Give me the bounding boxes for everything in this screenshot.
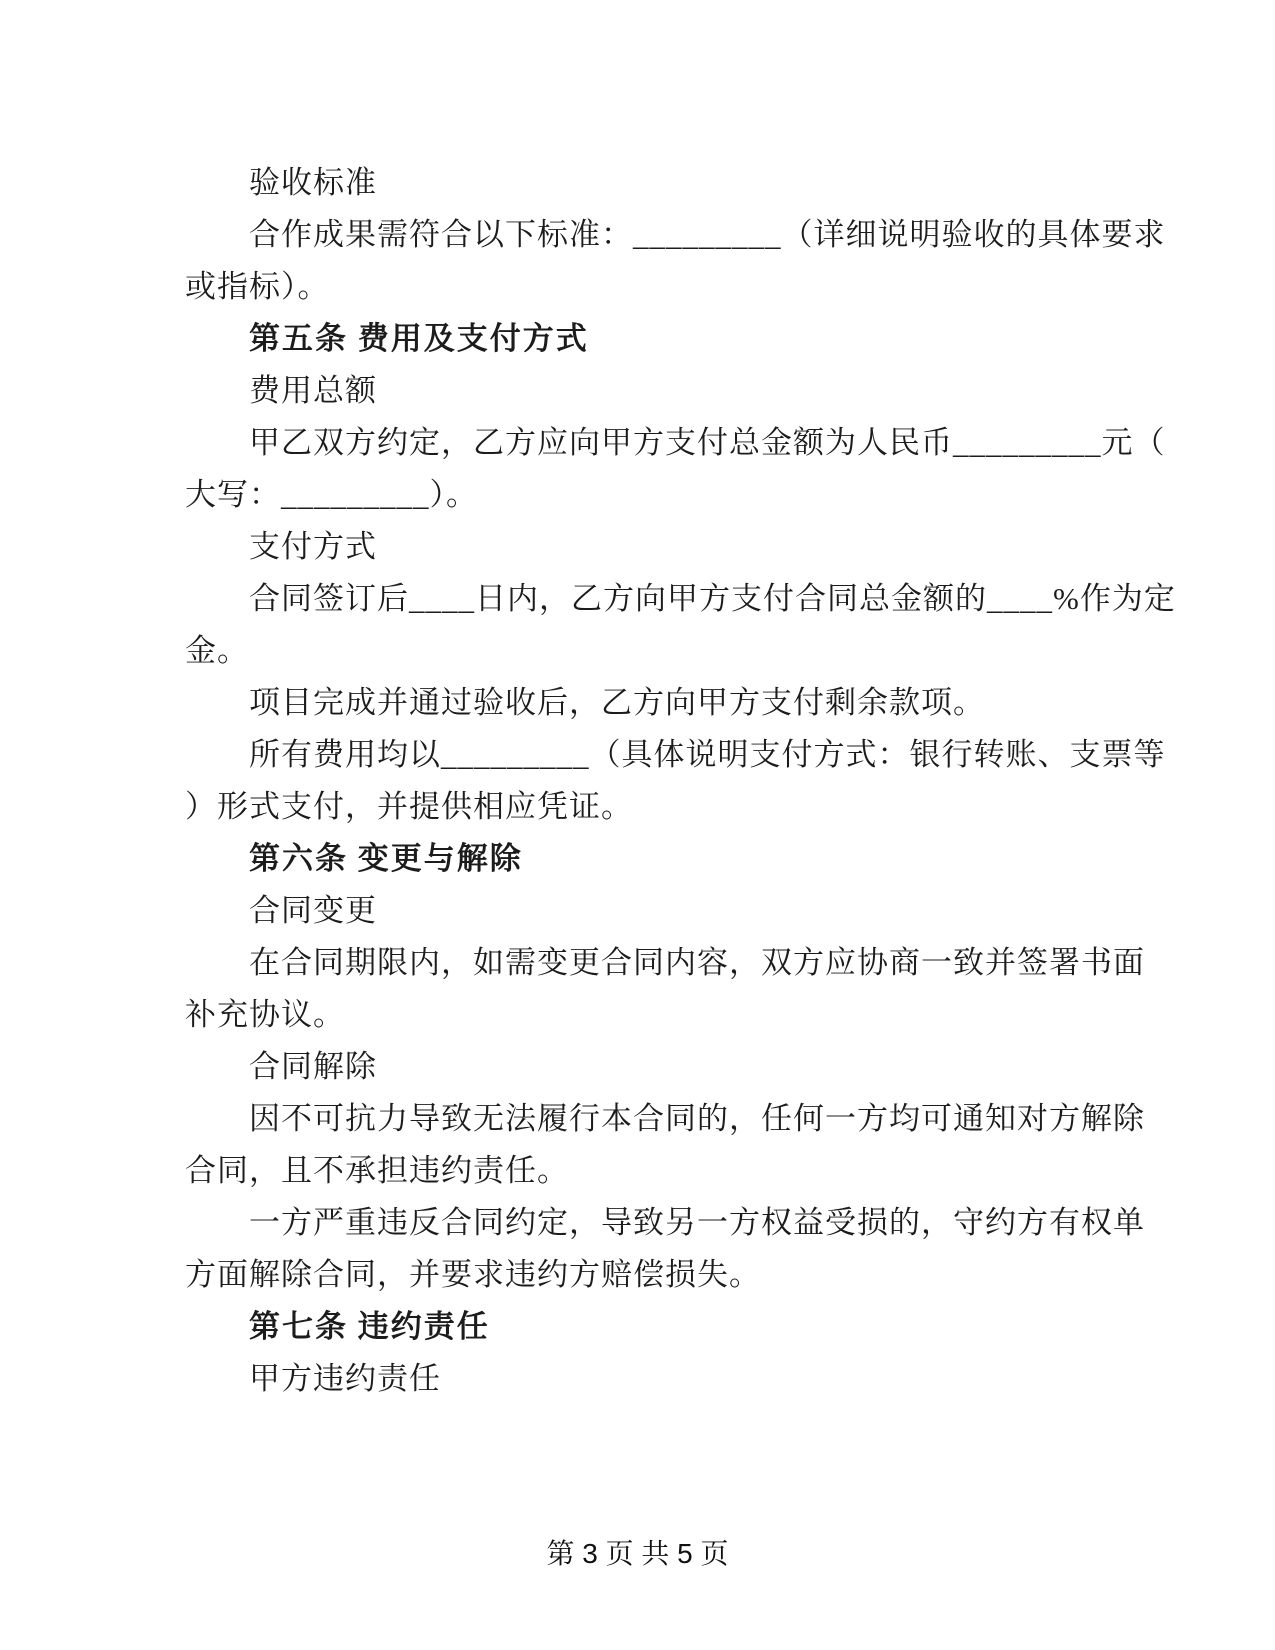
contract-line: 合同变更 (185, 885, 1090, 937)
contract-line: 甲方违约责任 (185, 1353, 1090, 1405)
contract-line: ）形式支付，并提供相应凭证。 (185, 781, 1090, 833)
contract-line: 项目完成并通过验收后，乙方向甲方支付剩余款项。 (185, 677, 1090, 729)
contract-line: 合同，且不承担违约责任。 (185, 1145, 1090, 1197)
contract-page: 验收标准合作成果需符合以下标准：_________（详细说明验收的具体要求或指标… (0, 0, 1275, 1650)
contract-line: 在合同期限内，如需变更合同内容，双方应协商一致并签署书面 (185, 937, 1090, 989)
contract-line: 甲乙双方约定，乙方应向甲方支付总金额为人民币_________元（ (185, 417, 1090, 469)
contract-line: 合同签订后____日内，乙方向甲方支付合同总金额的____%作为定 (185, 573, 1090, 625)
contract-body: 验收标准合作成果需符合以下标准：_________（详细说明验收的具体要求或指标… (185, 157, 1090, 1405)
contract-line: 补充协议。 (185, 989, 1090, 1041)
contract-line: 验收标准 (185, 157, 1090, 209)
contract-line: 大写：_________）。 (185, 469, 1090, 521)
contract-line: 支付方式 (185, 521, 1090, 573)
section-heading: 第六条 变更与解除 (185, 833, 1090, 885)
contract-line: 所有费用均以_________（具体说明支付方式：银行转账、支票等 (185, 729, 1090, 781)
contract-line: 金。 (185, 625, 1090, 677)
section-heading: 第七条 违约责任 (185, 1301, 1090, 1353)
contract-line: 方面解除合同，并要求违约方赔偿损失。 (185, 1249, 1090, 1301)
contract-line: 费用总额 (185, 365, 1090, 417)
contract-line: 因不可抗力导致无法履行本合同的，任何一方均可通知对方解除 (185, 1093, 1090, 1145)
contract-line: 一方严重违反合同约定，导致另一方权益受损的，守约方有权单 (185, 1197, 1090, 1249)
contract-line: 合作成果需符合以下标准：_________（详细说明验收的具体要求 (185, 209, 1090, 261)
contract-line: 合同解除 (185, 1041, 1090, 1093)
section-heading: 第五条 费用及支付方式 (185, 313, 1090, 365)
page-number: 第 3 页 共 5 页 (546, 1538, 728, 1569)
page-footer: 第 3 页 共 5 页 (0, 1534, 1275, 1574)
contract-line: 或指标）。 (185, 261, 1090, 313)
